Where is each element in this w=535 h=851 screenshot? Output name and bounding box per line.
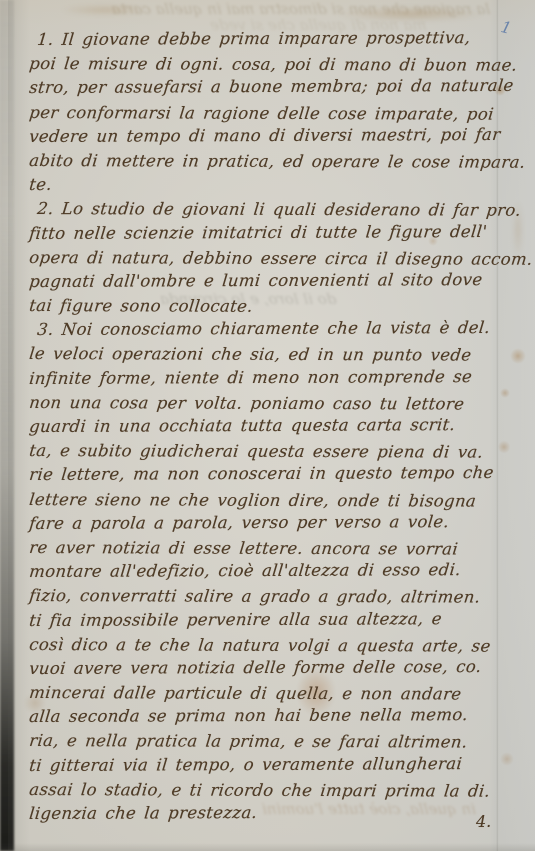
manuscript-line: te. [28, 171, 513, 197]
book-edge-shadow-soft [8, 0, 30, 851]
foxing-spot [510, 348, 526, 364]
manuscript-line: montare all'edefizio, cioè all'altezza d… [28, 558, 513, 584]
manuscript-line: stro, per assuefarsi a buone membra; poi… [28, 74, 513, 100]
manuscript-line: ligenzia che la prestezza. [28, 800, 513, 826]
manuscript-line: rie lettere, ma non conoscerai in questo… [28, 461, 513, 487]
manuscript-line: guardi in una occhiata tutta questa cart… [28, 413, 513, 439]
page-fold-line [496, 0, 499, 851]
manuscript-page-scan: la ragione che non si dimostra mai in qu… [0, 0, 535, 851]
manuscript-line: alla seconda se prima non hai bene nella… [28, 703, 513, 729]
manuscript-line: ti gitterai via il tempo, o veramente al… [28, 752, 513, 778]
manuscript-line: vuoi avere vera notizia delle forme dell… [28, 655, 513, 681]
manuscript-line: 3. Noi conosciamo chiaramente che la vis… [28, 316, 513, 342]
manuscript-line: pagnati dall'ombre e lumi convenienti al… [28, 268, 513, 294]
manuscript-text-block: 1. Il giovane debbe prima imparare prosp… [28, 28, 510, 826]
page-number: 4. [476, 812, 491, 831]
page-bottom-shadow [0, 843, 535, 851]
manuscript-line: 1. Il giovane debbe prima imparare prosp… [28, 26, 513, 52]
manuscript-line: fare a parola a parola, verso per verso … [28, 510, 513, 536]
manuscript-line: vedere un tempo di mano di diversi maest… [28, 123, 513, 149]
manuscript-line: ti fia impossibile pervenire alla sua al… [28, 606, 513, 632]
manuscript-line: fitto nelle scienzie imitatrici di tutte… [28, 219, 513, 245]
manuscript-line: infinite forme, niente di meno non compr… [28, 365, 513, 391]
